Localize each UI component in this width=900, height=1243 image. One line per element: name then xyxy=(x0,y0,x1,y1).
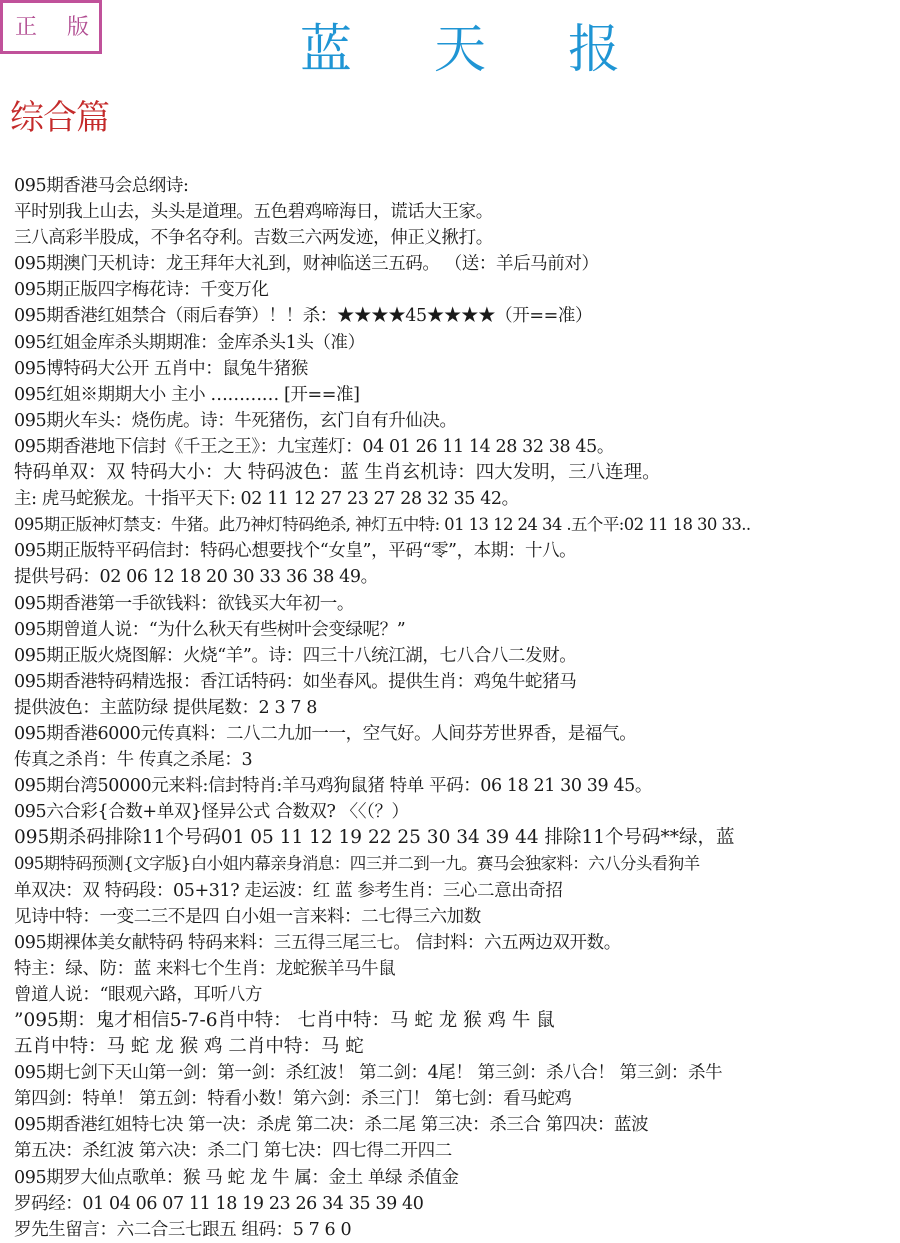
text-line: 095期香港特码精选报：香江话特码：如坐春风。提供生肖：鸡兔牛蛇猪马 xyxy=(14,669,900,695)
text-line: 095期香港红姐禁合（雨后春笋）！！杀：★★★★45★★★★（开==准） xyxy=(14,303,900,329)
text-line: 095期正版特平码信封：特码心想要找个“女皇”，平码“零”，本期：十八。 xyxy=(14,538,900,564)
text-line: 第五决：杀红波 第六决：杀二门 第七决：四七得二开四二 xyxy=(14,1138,900,1164)
text-line: 095期七剑下天山第一剑：第一剑：杀红波！ 第二剑：4尾！ 第三剑：杀八合！ 第… xyxy=(14,1060,900,1086)
text-line: 095期香港6000元传真料：二八二九加一一，空气好。人间芬芳世界香，是福气。 xyxy=(14,721,900,747)
text-line: 提供波色：主蓝防绿 提供尾数：2 3 7 8 xyxy=(14,695,900,721)
text-line: 特主：绿、防：蓝 来料七个生肖：龙蛇猴羊马牛鼠 xyxy=(14,956,900,982)
text-line: 提供号码：02 06 12 18 20 30 33 36 38 49。 xyxy=(14,564,900,590)
text-line: 095红姐金库杀头期期准：金库杀头1头（准） xyxy=(14,330,900,356)
article-body: 095期香港马会总纲诗: 平时别我上山去，头头是道理。五色碧鸡啼海日，谎话大王家… xyxy=(14,173,900,1243)
text-line: 095期特码预测{文字版}白小姐内幕亲身消息：四三并二到一九。赛马会独家料：六八… xyxy=(14,851,900,877)
text-line: 095红姐※期期大小 主小 ………… [开==准] xyxy=(14,382,900,408)
text-line: 095期裸体美女献特码 特码来料：三五得三尾三七。 信封料：六五两边双开数。 xyxy=(14,930,900,956)
text-line: 095期火车头：烧伤虎。诗：牛死猪伤，玄门自有升仙决。 xyxy=(14,408,900,434)
text-line: 见诗中特：一变二三不是四 白小姐一言来料：二七得三六加数 xyxy=(14,904,900,930)
text-line: 主: 虎马蛇猴龙。十指平天下: 02 11 12 27 23 27 28 32 … xyxy=(14,486,900,512)
title-char-1: 蓝 xyxy=(300,20,352,80)
text-line: 单双决：双 特码段：05+31? 走运波：红 蓝 参考生肖：三心二意出奇招 xyxy=(14,878,900,904)
text-line: 曾道人说：“眼观六路，耳听八方 xyxy=(14,982,900,1008)
text-line: 罗先生留言：六二合三七跟五 组码：5 7 6 0 xyxy=(14,1217,900,1243)
title-char-2: 天 xyxy=(434,20,486,80)
text-line: 特码单双：双 特码大小：大 特码波色：蓝 生肖玄机诗：四大发明，三八连理。 xyxy=(14,460,900,486)
text-line: 平时别我上山去，头头是道理。五色碧鸡啼海日，谎话大王家。 xyxy=(14,199,900,225)
text-line: 095期罗大仙点歌单：猴 马 蛇 龙 牛 属：金土 单绿 杀值金 xyxy=(14,1165,900,1191)
text-line: 五肖中特：马 蛇 龙 猴 鸡 二肖中特：马 蛇 xyxy=(14,1034,900,1060)
genuine-edition-badge: 正 版 xyxy=(0,0,102,54)
badge-char-1: 正 xyxy=(15,10,37,41)
title-char-3: 报 xyxy=(568,20,620,80)
text-line: 095期澳门天机诗：龙王拜年大礼到，财神临送三五码。 （送：羊后马前对） xyxy=(14,251,900,277)
text-line: 095期正版四字梅花诗：千变万化 xyxy=(14,277,900,303)
text-line: 095期香港红姐特七决 第一决：杀虎 第二决：杀二尾 第三决：杀三合 第四决：蓝… xyxy=(14,1112,900,1138)
text-line: 三八高彩半股成，不争名夺利。吉数三六两发迹，伸正义揪打。 xyxy=(14,225,900,251)
badge-char-2: 版 xyxy=(67,10,89,41)
newspaper-title: 蓝 天 报 xyxy=(300,20,620,80)
text-line: 095六合彩{合数+单双}怪异公式 合数双? 〈〈（？） xyxy=(14,799,900,825)
text-line: 传真之杀肖：牛 传真之杀尾：3 xyxy=(14,747,900,773)
text-line: 095期香港第一手欲钱料：欲钱买大年初一。 xyxy=(14,591,900,617)
text-line: 095期正版火烧图解：火烧“羊”。诗：四三十八统江湖，七八合八二发财。 xyxy=(14,643,900,669)
text-line: 095期杀码排除11个号码01 05 11 12 19 22 25 30 34 … xyxy=(14,825,900,851)
text-line: 095期台湾50000元来料:信封特肖:羊马鸡狗鼠猪 特单 平码：06 18 2… xyxy=(14,773,900,799)
text-line: 095期香港地下信封《千王之王》：九宝莲灯：04 01 26 11 14 28 … xyxy=(14,434,900,460)
text-line: 第四剑：特单！ 第五剑：特看小数！第六剑：杀三门！ 第七剑：看马蛇鸡 xyxy=(14,1086,900,1112)
text-line: 095博特码大公开 五肖中：鼠兔牛猪猴 xyxy=(14,356,900,382)
text-line: ”095期：鬼才相信5-7-6肖中特： 七肖中特：马 蛇 龙 猴 鸡 牛 鼠 xyxy=(14,1008,900,1034)
text-line: 095期曾道人说：“为什么秋天有些树叶会变绿呢？” xyxy=(14,617,900,643)
text-line: 095期正版神灯禁支：牛猪。此乃神灯特码绝杀, 神灯五中特: 01 13 12 … xyxy=(14,512,900,538)
section-title: 综合篇 xyxy=(10,96,109,140)
text-line: 095期香港马会总纲诗: xyxy=(14,173,900,199)
text-line: 罗码经：01 04 06 07 11 18 19 23 26 34 35 39 … xyxy=(14,1191,900,1217)
